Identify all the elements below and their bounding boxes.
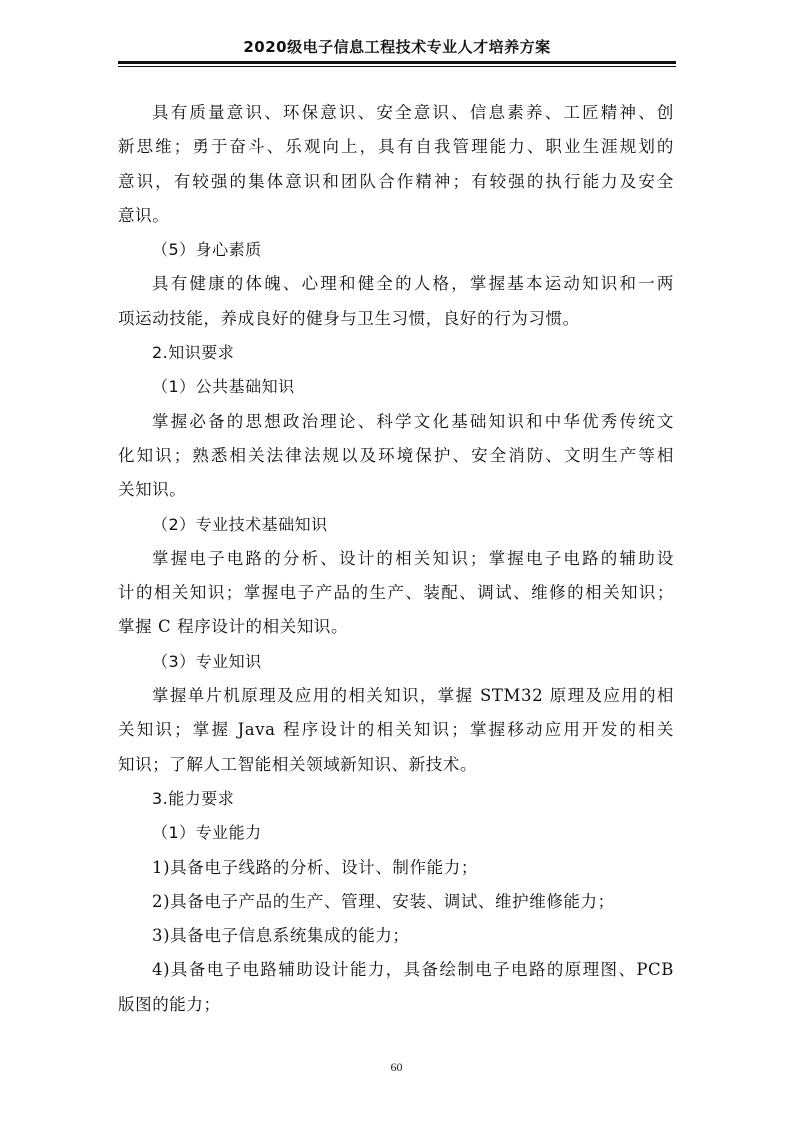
page-header: 2020级电子信息工程技术专业人才培养方案 bbox=[118, 36, 676, 57]
paragraph-physical-mental: 具有健康的体魄、心理和健全的人格，掌握基本运动知识和一两 项运动技能，养成良好的… bbox=[118, 267, 674, 336]
text-line: 项运动技能，养成良好的健身与卫生习惯，良好的行为习惯。 bbox=[118, 302, 674, 336]
text-line: 关知识；掌握 Java 程序设计的相关知识；掌握移动应用开发的相关 bbox=[118, 713, 674, 747]
subsection-heading-professional: （3）专业知识 bbox=[118, 645, 674, 679]
subsection-heading-public-basic: （1）公共基础知识 bbox=[118, 370, 674, 404]
text-line: 掌握单片机原理及应用的相关知识，掌握 STM32 原理及应用的相 bbox=[118, 679, 674, 713]
list-item: 4)具备电子电路辅助设计能力，具备绘制电子电路的原理图、PCB bbox=[118, 953, 674, 987]
paragraph-public-basic: 掌握必备的思想政治理论、科学文化基础知识和中华优秀传统文 化知识；熟悉相关法律法… bbox=[118, 405, 674, 508]
text-line: 关知识。 bbox=[118, 473, 674, 507]
text-line: 掌握必备的思想政治理论、科学文化基础知识和中华优秀传统文 bbox=[118, 405, 674, 439]
text-line: 掌握 C 程序设计的相关知识。 bbox=[118, 610, 674, 644]
text-line: 计的相关知识；掌握电子产品的生产、装配、调试、维修的相关知识； bbox=[118, 576, 674, 610]
list-item: 2)具备电子产品的生产、管理、安装、调试、维护维修能力； bbox=[118, 885, 674, 919]
text-line: 掌握电子电路的分析、设计的相关知识；掌握电子电路的辅助设 bbox=[118, 542, 674, 576]
section-heading-physical-mental: （5）身心素质 bbox=[118, 233, 674, 267]
subsection-heading-professional-basic: （2）专业技术基础知识 bbox=[118, 508, 674, 542]
list-item: 1)具备电子线路的分析、设计、制作能力； bbox=[118, 851, 674, 885]
paragraph-quality: 具有质量意识、环保意识、安全意识、信息素养、工匠精神、创 新思维；勇于奋斗、乐观… bbox=[118, 96, 674, 233]
section-heading-knowledge: 2.知识要求 bbox=[118, 336, 674, 370]
text-line: 具有质量意识、环保意识、安全意识、信息素养、工匠精神、创 bbox=[118, 96, 674, 130]
text-line: 意识，有较强的集体意识和团队合作精神；有较强的执行能力及安全 bbox=[118, 165, 674, 199]
paragraph-professional-basic: 掌握电子电路的分析、设计的相关知识；掌握电子电路的辅助设 计的相关知识；掌握电子… bbox=[118, 542, 674, 645]
section-heading-ability: 3.能力要求 bbox=[118, 782, 674, 816]
text-line: 化知识；熟悉相关法律法规以及环境保护、安全消防、文明生产等相 bbox=[118, 439, 674, 473]
list-item: 3)具备电子信息系统集成的能力； bbox=[118, 919, 674, 953]
paragraph-professional: 掌握单片机原理及应用的相关知识，掌握 STM32 原理及应用的相 关知识；掌握 … bbox=[118, 679, 674, 782]
list-item-continuation: 版图的能力； bbox=[118, 988, 674, 1022]
header-rule bbox=[118, 61, 676, 64]
text-line: 具有健康的体魄、心理和健全的人格，掌握基本运动知识和一两 bbox=[118, 267, 674, 301]
page-number: 60 bbox=[0, 1060, 793, 1075]
text-line: 意识。 bbox=[118, 199, 674, 233]
text-line: 新思维；勇于奋斗、乐观向上，具有自我管理能力、职业生涯规划的 bbox=[118, 130, 674, 164]
subsection-heading-professional-ability: （1）专业能力 bbox=[118, 816, 674, 850]
header-rule-thin bbox=[118, 66, 676, 67]
list-professional-ability: 1)具备电子线路的分析、设计、制作能力； 2)具备电子产品的生产、管理、安装、调… bbox=[118, 851, 674, 1022]
document-body: 具有质量意识、环保意识、安全意识、信息素养、工匠精神、创 新思维；勇于奋斗、乐观… bbox=[118, 96, 674, 1022]
text-line: 知识；了解人工智能相关领域新知识、新技术。 bbox=[118, 748, 674, 782]
